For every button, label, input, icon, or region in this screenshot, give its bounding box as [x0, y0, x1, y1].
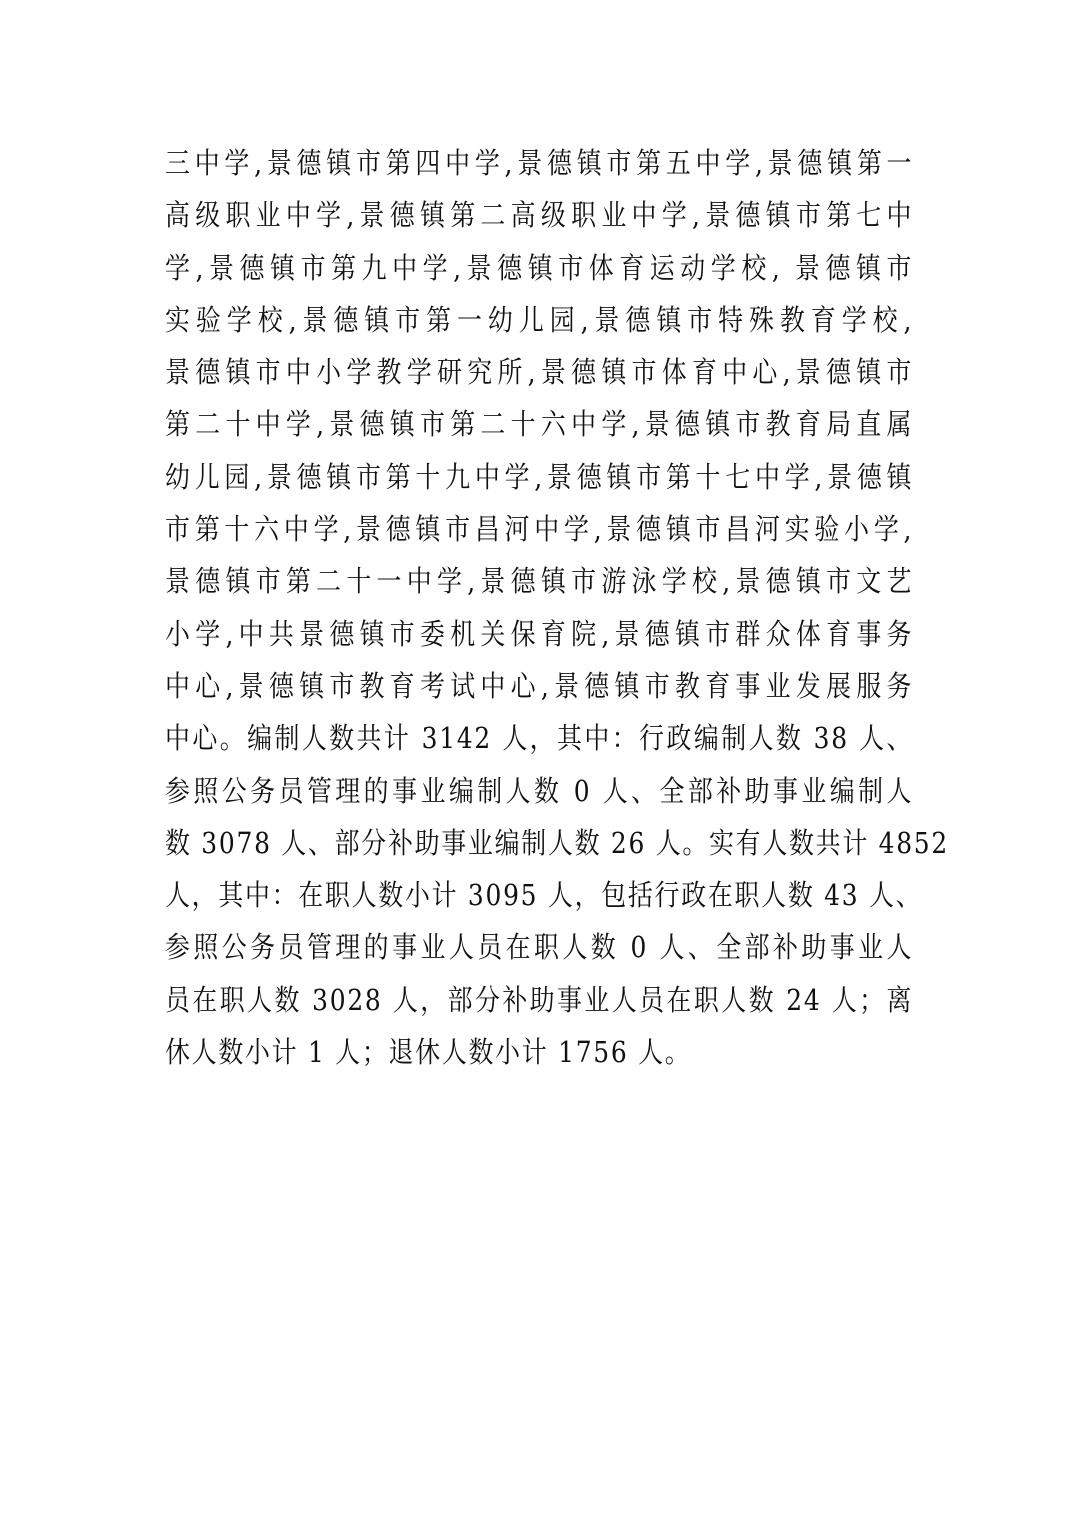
paragraph-line: 参照公务员管理的事业人员在职人数 0 人、全部补助事业人 [165, 921, 913, 973]
paragraph-line: 学,景德镇市第九中学,景德镇市体育运动学校, 景德镇市 [165, 242, 913, 294]
paragraph-line: 三中学,景德镇市第四中学,景德镇市第五中学,景德镇第一 [165, 137, 913, 189]
body-paragraph: 三中学,景德镇市第四中学,景德镇市第五中学,景德镇第一 高级职业中学,景德镇第二… [165, 137, 913, 1078]
paragraph-last-line: 休人数小计 1 人；退休人数小计 1756 人。 [165, 1026, 913, 1078]
paragraph-line: 实验学校,景德镇市第一幼儿园,景德镇市特殊教育学校, [165, 294, 913, 346]
paragraph-line: 员在职人数 3028 人，部分补助事业人员在职人数 24 人；离 [165, 974, 913, 1026]
paragraph-line: 中心,景德镇市教育考试中心,景德镇市教育事业发展服务 [165, 660, 913, 712]
paragraph-line: 高级职业中学,景德镇第二高级职业中学,景德镇市第七中 [165, 189, 913, 241]
paragraph-line: 小学,中共景德镇市委机关保育院,景德镇市群众体育事务 [165, 608, 913, 660]
paragraph-line: 人，其中：在职人数小计 3095 人，包括行政在职人数 43 人、 [165, 869, 913, 921]
paragraph-line: 景德镇市中小学教学研究所,景德镇市体育中心,景德镇市 [165, 346, 913, 398]
paragraph-line: 市第十六中学,景德镇市昌河中学,景德镇市昌河实验小学, [165, 503, 913, 555]
paragraph-line: 景德镇市第二十一中学,景德镇市游泳学校,景德镇市文艺 [165, 555, 913, 607]
paragraph-line: 数 3078 人、部分补助事业编制人数 26 人。实有人数共计 4852 [165, 817, 913, 869]
paragraph-line: 中心。编制人数共计 3142 人，其中：行政编制人数 38 人、 [165, 712, 913, 764]
paragraph-line: 第二十中学,景德镇市第二十六中学,景德镇市教育局直属 [165, 398, 913, 450]
document-page: 三中学,景德镇市第四中学,景德镇市第五中学,景德镇第一 高级职业中学,景德镇第二… [0, 0, 1074, 1520]
paragraph-line: 幼儿园,景德镇市第十九中学,景德镇市第十七中学,景德镇 [165, 451, 913, 503]
paragraph-line: 参照公务员管理的事业编制人数 0 人、全部补助事业编制人 [165, 765, 913, 817]
